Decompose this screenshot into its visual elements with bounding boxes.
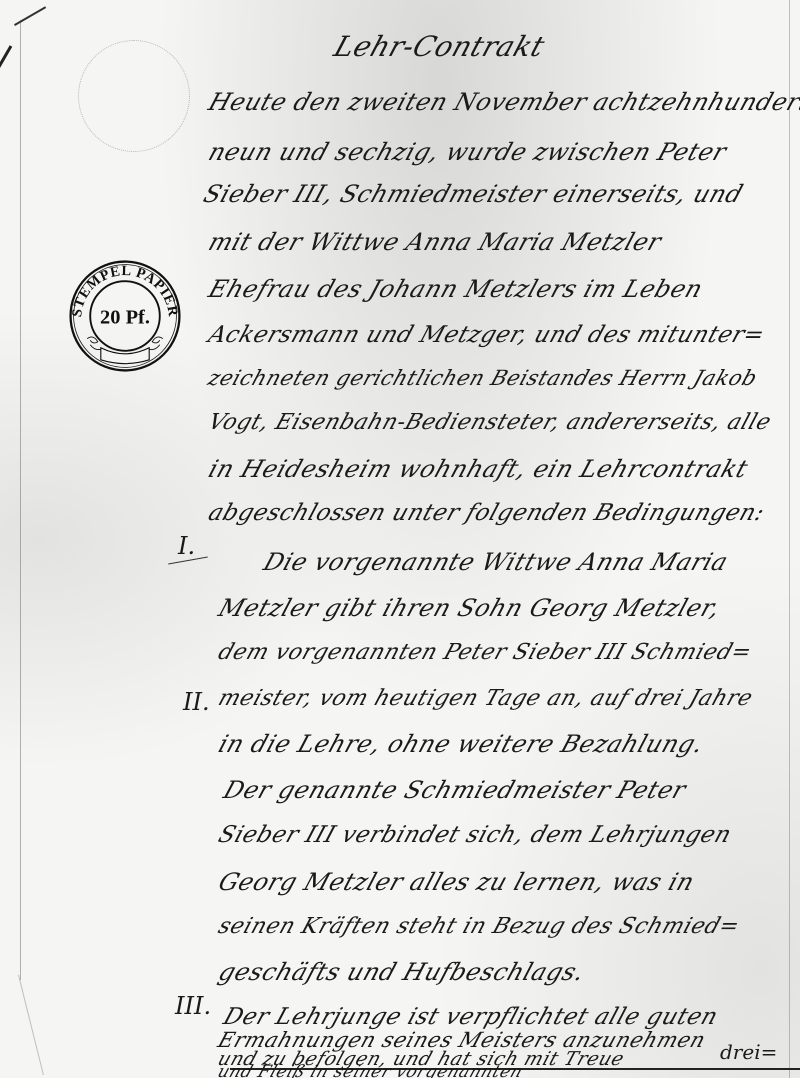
faded-stamp-impression <box>78 40 190 152</box>
preamble-line: in Heidesheim wohnhaft, ein Lehrcontrakt <box>205 455 752 483</box>
section-number: II. <box>183 688 210 716</box>
section-line: Der genannte Schmiedmeister Peter <box>220 776 690 804</box>
section-line: seinen Kräften steht in Bezug des Schmie… <box>215 914 743 939</box>
section-line: und Fleiß in seiner vorgenannten <box>215 1062 525 1078</box>
section-line: Sieber III verbindet sich, dem Lehrjunge… <box>215 822 735 848</box>
preamble-line: Ehefrau des Johann Metzlers im Leben <box>205 275 707 303</box>
section-number: I. <box>178 532 195 560</box>
svg-text:20 Pf.: 20 Pf. <box>100 307 150 329</box>
section-line: in die Lehre, ohne weitere Bezahlung. <box>215 730 707 758</box>
right-page-edge <box>789 0 790 1078</box>
section-line: Der Lehrjunge ist verpflichtet alle gute… <box>220 1004 721 1030</box>
stempel-papier-stamp: STEMPEL PAPIER 20 Pf. <box>64 254 186 378</box>
preamble-line: Ackersmann und Metzger, und des mitunter… <box>205 322 768 348</box>
section-line: Georg Metzler alles zu lernen, was in <box>215 868 698 896</box>
corner-paper-fold <box>0 0 46 26</box>
preamble-line: mit der Wittwe Anna Maria Metzler <box>205 228 665 256</box>
section-line: dem vorgenannten Peter Sieber III Schmie… <box>215 640 755 665</box>
document-title: Lehr-Contrakt <box>330 30 549 63</box>
left-margin-fold <box>20 20 21 980</box>
preamble-line: Heute den zweiten November achtzehnhunde… <box>205 88 800 116</box>
scanned-document-page: STEMPEL PAPIER 20 Pf. Lehr-Contrakt Heut… <box>0 0 800 1078</box>
preamble-line: neun und sechzig, wurde zwischen Peter <box>205 138 730 166</box>
pin-mark <box>0 45 12 72</box>
preamble-line: abgeschlossen unter folgenden Bedingunge… <box>205 500 768 526</box>
section-line: Metzler gibt ihren Sohn Georg Metzler, <box>215 594 724 622</box>
section-line: geschäfts und Hufbeschlags. <box>215 958 588 986</box>
catchword: drei= <box>720 1040 777 1064</box>
left-margin-fold-lower <box>18 975 44 1075</box>
preamble-line: zeichneten gerichtlichen Beistandes Herr… <box>205 366 760 390</box>
section-line: meister, vom heutigen Tage an, auf drei … <box>215 686 756 711</box>
section-number: III. <box>175 992 211 1020</box>
section-line: Die vorgenannte Wittwe Anna Maria <box>260 548 732 576</box>
preamble-line: Vogt, Eisenbahn-Bediensteter, anderersei… <box>205 410 774 435</box>
preamble-line: Sieber III, Schmiedmeister einerseits, u… <box>200 180 747 208</box>
